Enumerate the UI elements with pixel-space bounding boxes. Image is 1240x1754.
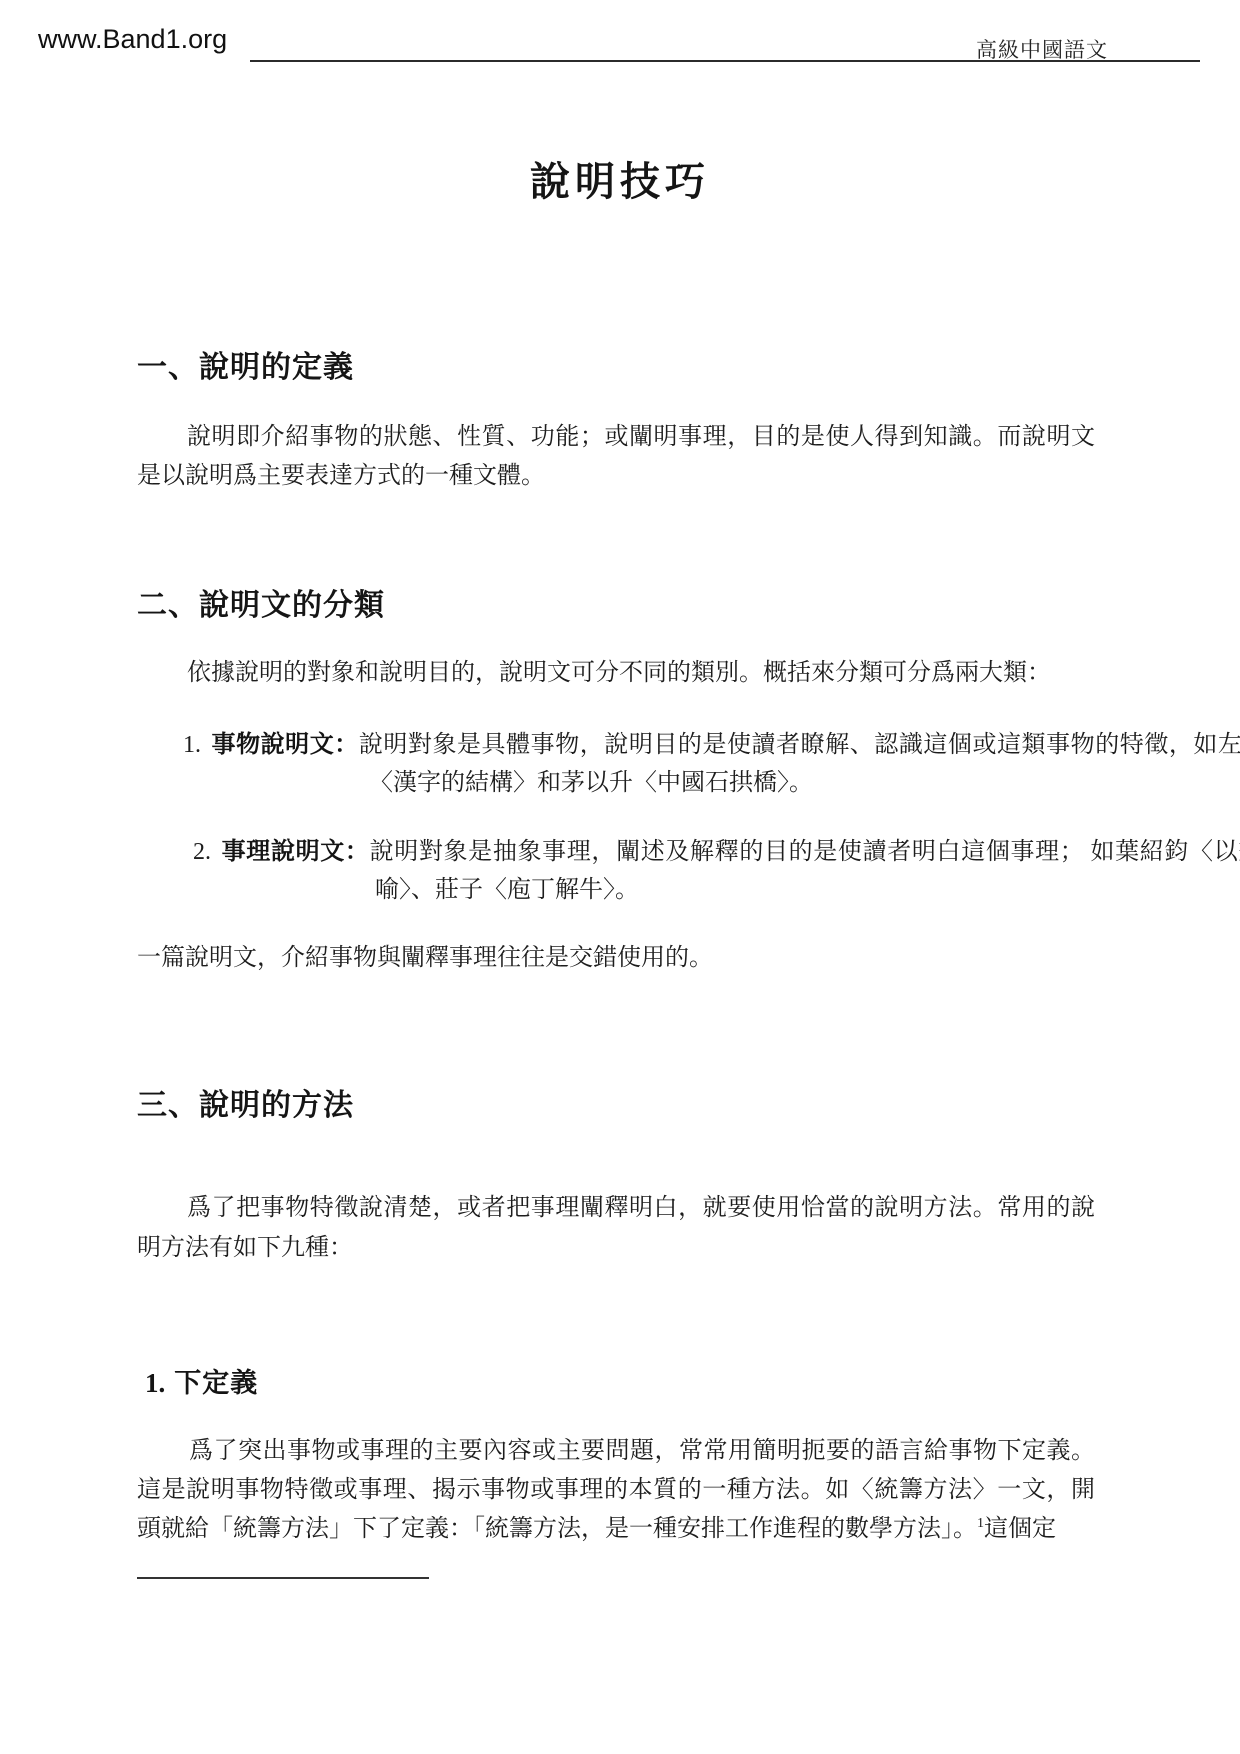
footnote-reference: 1 [977,1516,984,1531]
method-paragraph-text: 爲了突出事物或事理的主要內容或主要問題，常常用簡明扼要的語言給事物下定義。這是說… [137,1438,1095,1542]
page-title: 說明技巧 [0,150,1240,207]
document-page: www.Band1.org 高級中國語文 說明技巧 一、說明的定義 說明即介紹事… [0,0,1240,1754]
method-name: 下定義 [174,1368,258,1398]
section-3-intro: 爲了把事物特徵說清楚，或者把事理闡釋明白，就要使用恰當的說明方法。常用的說明方法… [137,1188,1095,1268]
method-1-heading: 1.下定義 [145,1361,258,1400]
list-item-text: 說明對象是具體事物，說明目的是使讀者瞭解、認識這個或這類事物的特徵，如左民安〈漢… [359,732,1240,796]
list-item-label: 事理說明文： [221,838,370,865]
section-1-heading: 一、說明的定義 [137,342,354,386]
list-item-label: 事物說明文： [211,731,359,758]
section-2-intro: 依據說明的對象和說明目的，說明文可分不同的類別。概括來分類可分爲兩大類： [137,654,1095,693]
method-number: 1. [145,1368,165,1398]
section-3-heading: 三、說明的方法 [137,1080,354,1124]
header-rule [250,60,1200,62]
list-item-number: 1. [183,732,201,758]
method-1-paragraph: 爲了突出事物或事理的主要內容或主要問題，常常用簡明扼要的語言給事物下定義。這是說… [137,1432,1095,1549]
method-paragraph-continuation: 這個定 [984,1516,1056,1542]
list-item-principle-exposition: 2.事理說明文：說明對象是抽象事理，闡述及解釋的目的是使讀者明白這個事理； 如葉… [193,833,1240,909]
list-item-thing-exposition: 1.事物說明文：說明對象是具體事物，說明目的是使讀者瞭解、認識這個或這類事物的特… [183,726,1240,802]
list-item-text: 說明對象是抽象事理，闡述及解釋的目的是使讀者明白這個事理； 如葉紹鈞〈以畫為喻〉… [370,839,1240,903]
section-1-paragraph: 說明即介紹事物的狀態、性質、功能；或闡明事理，目的是使人得到知識。而說明文是以說… [137,418,1095,496]
footnote-separator [137,1577,429,1579]
list-item-number: 2. [193,839,211,865]
section-2-closing: 一篇說明文，介紹事物與闡釋事理往往是交錯使用的。 [137,939,1095,978]
site-logo: www.Band1.org [38,24,227,55]
section-2-heading: 二、說明文的分類 [137,580,385,624]
